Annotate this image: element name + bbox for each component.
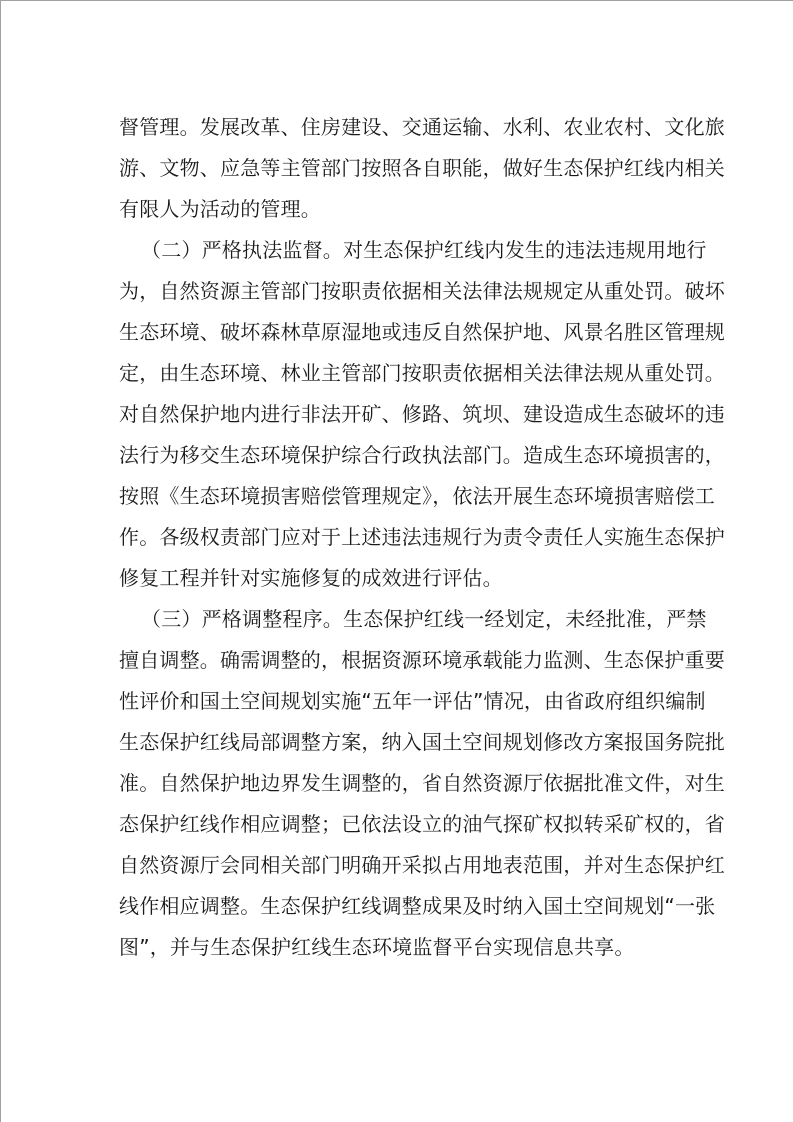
document-body: 督管理。发展改革、住房建设、交通运输、水利、农业农村、文化旅 游、文物、应急等主… [119,107,679,968]
text-line: 为，自然资源主管部门按职责依据相关法律法规规定从重处罚。破坏 [119,271,679,312]
text-line: 对自然保护地内进行非法开矿、修路、筑坝、建设造成生态破坏的违 [119,394,679,435]
text-line: 按照《生态环境损害赔偿管理规定》，依法开展生态环境损害赔偿工 [119,476,679,517]
paragraph-continuation: 督管理。发展改革、住房建设、交通运输、水利、农业农村、文化旅 游、文物、应急等主… [119,107,679,230]
text-line: 准。自然保护地边界发生调整的，省自然资源厅依据批准文件，对生 [119,763,679,804]
text-line: 自然资源厅会同相关部门明确开采拟占用地表范围，并对生态保护红 [119,845,679,886]
text-line: 修复工程并针对实施修复的成效进行评估。 [119,558,679,599]
text-line: 擅自调整。确需调整的，根据资源环境承载能力监测、生态保护重要 [119,640,679,681]
text-line: 生态保护红线局部调整方案，纳入国土空间规划修改方案报国务院批 [119,722,679,763]
text-line: 作。各级权责部门应对于上述违法违规行为责令责任人实施生态保护 [119,517,679,558]
text-line: 线作相应调整。生态保护红线调整成果及时纳入国土空间规划“一张 [119,886,679,927]
text-line: 生态环境、破坏森林草原湿地或违反自然保护地、风景名胜区管理规 [119,312,679,353]
document-page: 督管理。发展改革、住房建设、交通运输、水利、农业农村、文化旅 游、文物、应急等主… [0,0,793,1122]
text-line: 性评价和国土空间规划实施“五年一评估”情况，由省政府组织编制 [119,681,679,722]
text-line-paragraph-start: （三）严格调整程序。生态保护红线一经划定，未经批准，严禁 [119,599,679,640]
text-line: 态保护红线作相应调整；已依法设立的油气探矿权拟转采矿权的，省 [119,804,679,845]
text-line: 图”，并与生态保护红线生态环境监督平台实现信息共享。 [119,927,679,968]
text-line: 定，由生态环境、林业主管部门按职责依据相关法律法规从重处罚。 [119,353,679,394]
text-line-paragraph-start: （二）严格执法监督。对生态保护红线内发生的违法违规用地行 [119,230,679,271]
text-line: 督管理。发展改革、住房建设、交通运输、水利、农业农村、文化旅 [119,107,679,148]
paragraph-adjustment: （三）严格调整程序。生态保护红线一经划定，未经批准，严禁 擅自调整。确需调整的，… [119,599,679,968]
text-line: 有限人为活动的管理。 [119,189,679,230]
paragraph-enforcement: （二）严格执法监督。对生态保护红线内发生的违法违规用地行 为，自然资源主管部门按… [119,230,679,599]
text-line: 法行为移交生态环境保护综合行政执法部门。造成生态环境损害的， [119,435,679,476]
text-line: 游、文物、应急等主管部门按照各自职能，做好生态保护红线内相关 [119,148,679,189]
